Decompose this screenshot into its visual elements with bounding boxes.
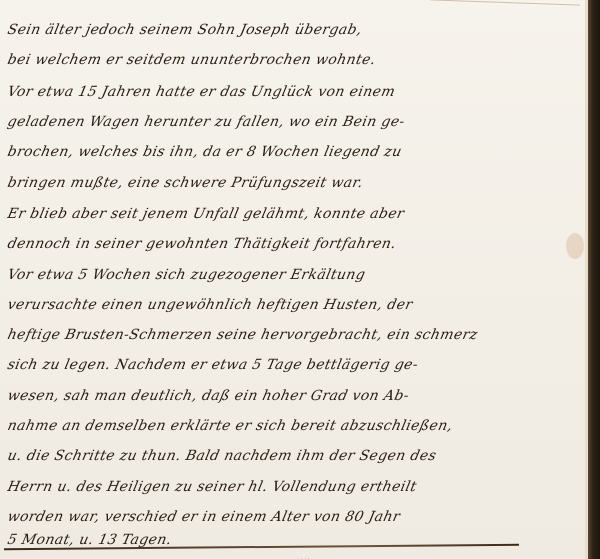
text-line-1: Sein älter jedoch seinem Sohn Joseph übe… (6, 22, 587, 38)
text-line-4: geladenen Wagen herunter zu fallen, wo e… (6, 114, 587, 130)
document-page: Sein älter jedoch seinem Sohn Joseph übe… (0, 0, 588, 559)
text-line-14: nahme an demselben erklärte er sich bere… (6, 418, 587, 434)
text-line-6: bringen mußte, eine schwere Prüfungszeit… (6, 175, 587, 191)
text-line-9: Vor etwa 5 Wochen sich zugezogener Erkäl… (6, 267, 587, 283)
partial-next-entry: … (300, 552, 310, 559)
top-rule (430, 0, 580, 6)
text-line-15: u. die Schritte zu thun. Bald nachdem ih… (6, 448, 587, 464)
text-line-2: bei welchem er seitdem ununterbrochen wo… (6, 52, 587, 68)
text-line-3: Vor etwa 15 Jahren hatte er das Unglück … (6, 84, 587, 100)
text-line-12: sich zu legen. Nachdem er etwa 5 Tage be… (6, 357, 587, 373)
text-line-17: worden war, verschied er in einem Alter … (6, 509, 587, 525)
text-line-8: dennoch in seiner gewohnten Thätigkeit f… (6, 236, 587, 252)
text-line-11: heftige Brusten-Schmerzen seine hervorge… (6, 327, 587, 343)
text-line-7: Er blieb aber seit jenem Unfall gelähmt,… (6, 206, 587, 222)
text-line-16: Herrn u. des Heiligen zu seiner hl. Voll… (6, 479, 587, 495)
text-line-5: brochen, welches bis ihn, da er 8 Wochen… (6, 144, 587, 160)
text-line-13: wesen, sah man deutlich, daß ein hoher G… (6, 388, 587, 404)
text-line-10: verursachte einen ungewöhnlich heftigen … (6, 297, 587, 313)
book-spine (588, 0, 600, 559)
